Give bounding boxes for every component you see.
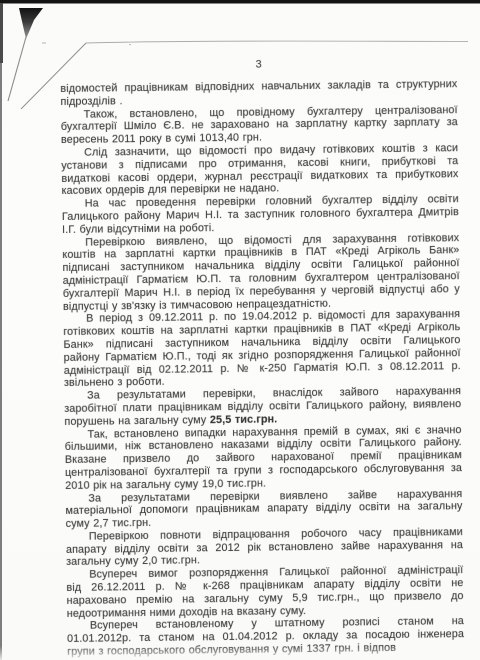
paragraph: На час проведення перевірки головний бух… xyxy=(62,193,459,236)
paragraph: За результатами перевірки, внаслідок зай… xyxy=(64,385,461,428)
top-rule-line xyxy=(86,41,468,43)
paragraph: В період з 09.12.2011 р. по 19.04.2012 р… xyxy=(63,308,461,390)
paragraph: Всупереч вимог розпорядження Галицької р… xyxy=(66,564,464,620)
paragraph: Перевіркою виявлено, що відомості для за… xyxy=(62,232,460,314)
paragraph: За результатами перевірки виявлено зайве… xyxy=(65,488,462,531)
paragraph: Слід зазначити, що відомості про видачу … xyxy=(61,142,459,198)
document-text-block: 3 відомостей працівникам відповідних нав… xyxy=(60,55,464,659)
paragraph: Перевіркою повноти відпрацювання робочог… xyxy=(66,526,463,569)
paragraph: Всупереч встановленому у штатному розпис… xyxy=(67,616,464,659)
page-number: 3 xyxy=(60,55,457,74)
scan-left-edge xyxy=(0,3,2,660)
paragraph: Також, встановлено, що провідному бухгал… xyxy=(61,104,458,147)
corner-fold-wedge xyxy=(19,8,43,39)
paragraph: Так, встановлено випадки нарахування пре… xyxy=(65,424,463,493)
scan-top-edge xyxy=(0,0,480,4)
scanned-document-page: 3 відомостей працівникам відповідних нав… xyxy=(0,0,480,660)
bold-amount: 25,5 тис.грн. xyxy=(210,413,278,426)
paragraphs-container: відомостей працівникам відповідних навча… xyxy=(60,78,464,659)
fold-crease-line xyxy=(8,37,26,101)
